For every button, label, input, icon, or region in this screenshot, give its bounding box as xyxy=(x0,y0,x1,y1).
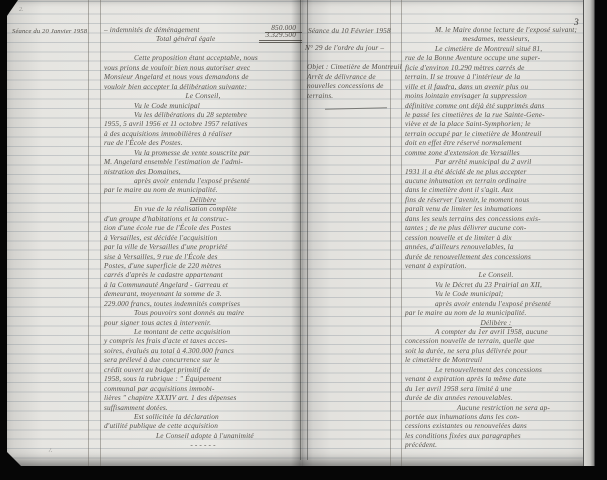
handwritten-line: Délibère xyxy=(104,195,302,204)
handwritten-line: Le Conseil. xyxy=(405,270,587,279)
agenda-number: N° 29 de l'ordre du jour – xyxy=(305,43,384,52)
handwritten-line: A compter du 1er avril 1958, aucune xyxy=(405,327,587,336)
handwritten-line: Le montant de cette acquisition xyxy=(104,327,302,336)
handwritten-line: venant à expiration après la même date xyxy=(405,374,587,383)
handwritten-line: nistration des Domaines, xyxy=(104,167,302,176)
handwritten-line: En vue de la réalisation complète xyxy=(104,204,302,213)
handwritten-line: à des acquisitions immobilières à réalis… xyxy=(104,129,302,138)
page-stack-edge xyxy=(583,0,595,466)
handwritten-line: 1958, sous la rubrique : " Équipement xyxy=(104,374,302,383)
scan-corner-shadow-bottom-left xyxy=(7,452,21,466)
scan-corner-shadow-top-left xyxy=(0,0,18,26)
binding-gutter xyxy=(291,0,313,466)
right-page-body: M. le Maire donne lecture de l'exposé su… xyxy=(405,25,587,450)
handwritten-line: Vu le Décret du 23 Prairial an XII, xyxy=(405,280,587,289)
handwritten-line: mesdames, messieurs, xyxy=(405,34,587,43)
handwritten-line: Tous pouvoirs sont donnés au maire xyxy=(104,308,302,317)
left-page-body: – indemnités de déménagement850.000Total… xyxy=(104,25,302,450)
handwritten-line: Vu le Code municipal xyxy=(104,101,302,110)
handwritten-line: d'un groupe d'habitations et la construc… xyxy=(104,214,302,223)
handwritten-line: moins lointain envisager la suppression xyxy=(405,91,587,100)
right-page-session-date: Séance du 10 Février 1958 xyxy=(308,26,391,35)
gutter-fold-line-2 xyxy=(307,0,308,460)
left-page-margin-rule-1 xyxy=(88,0,89,466)
pencil-mark-top-left: 2. xyxy=(19,7,24,13)
handwritten-line: durée de dix années renouvelables. xyxy=(405,393,587,402)
left-page-margin-rule-2 xyxy=(100,0,101,466)
handwritten-line: cessions existantes ou renouvelées dans xyxy=(405,421,587,430)
gutter-fold-line-1 xyxy=(300,0,301,460)
handwritten-line: ficie d'environ 10.290 mètres carrés de xyxy=(405,63,587,72)
handwritten-line: viève et de la place Saint-Symphorien; l… xyxy=(405,119,587,128)
handwritten-line: - - - - - - xyxy=(104,440,302,449)
handwritten-line: Aucune restriction ne sera ap- xyxy=(405,403,587,412)
handwritten-line: les conditions fixées aux paragraphes xyxy=(405,431,587,440)
handwritten-line: Le Conseil, xyxy=(104,91,302,100)
handwritten-line: venant à expiration. xyxy=(405,261,587,270)
left-page: Séance du 20 Janvier 1958 – indemnités d… xyxy=(7,0,302,466)
handwritten-line: Le Conseil adopte à l'unanimité xyxy=(104,431,302,440)
handwritten-line: comme zone d'extension de Versailles xyxy=(405,148,587,157)
handwritten-line: tantes ; de ne plus délivrer aucune con- xyxy=(405,223,587,232)
pencil-mark-bottom-left: /. xyxy=(49,447,52,454)
handwritten-line: suffisamment dotées. xyxy=(104,403,302,412)
handwritten-line: 1955, 5 avril 1956 et 11 octobre 1957 re… xyxy=(104,119,302,128)
handwritten-line: vouloir bien accepter la délibération su… xyxy=(104,82,302,91)
handwritten-line: après avoir entendu l'exposé présenté xyxy=(104,176,302,185)
handwritten-line: terrain occupé par le cimetière de Montr… xyxy=(405,129,587,138)
handwritten-line: par la ville de Versailles d'une proprié… xyxy=(104,242,302,251)
handwritten-line: terrain. Il se trouve à l'intérieur de l… xyxy=(405,72,587,81)
handwritten-line: dans le cimetière dont il s'agit. Aux xyxy=(405,185,587,194)
handwritten-line: M. le Maire donne lecture de l'exposé su… xyxy=(405,25,587,34)
handwritten-line: soires, évalués au total à 4.300.000 fra… xyxy=(104,346,302,355)
handwritten-line: Vu la promesse de vente souscrite par xyxy=(104,148,302,157)
handwritten-line: vous prions de vouloir bien nous autoris… xyxy=(104,63,302,72)
handwritten-line: ville et il faudra, dans un avenir plus … xyxy=(405,82,587,91)
handwritten-line: concession nouvelle de terrain, quelle q… xyxy=(405,336,587,345)
subject-note-line: Objet : Cimetière de Montreuil xyxy=(307,62,402,72)
register-scan: Séance du 20 Janvier 1958 – indemnités d… xyxy=(0,0,607,480)
handwritten-line: Par arrêté municipal du 2 avril xyxy=(405,157,587,166)
handwritten-line: soit la durée, ne sera plus délivrée pou… xyxy=(405,346,587,355)
handwritten-line: à Versailles, est décidée l'acquisition xyxy=(104,233,302,242)
handwritten-line: durée de renouvellement des concessions xyxy=(405,252,587,261)
handwritten-line: rue de l'École des Postes. xyxy=(104,138,302,147)
handwritten-line: à la Communauté Angelard - Garreau et xyxy=(104,280,302,289)
handwritten-line: Cette proposition étant acceptable, nous xyxy=(104,53,302,62)
handwritten-line: années, d'ailleurs renouvelables, la xyxy=(405,242,587,251)
handwritten-line: Postes, d'une superficie de 220 mètres xyxy=(104,261,302,270)
handwritten-line: lières " chapitre XXXIV art. 1 des dépen… xyxy=(104,393,302,402)
handwritten-line: par le maire au nom de la municipalité. xyxy=(405,308,587,317)
handwritten-line: Le renouvellement des concessions xyxy=(405,365,587,374)
handwritten-line: crédit ouvert au budget primitif de xyxy=(104,365,302,374)
handwritten-line: tion d'une école rue de l'École des Post… xyxy=(104,223,302,232)
left-page-session-date: Séance du 20 Janvier 1958 xyxy=(12,28,100,35)
margin-separator-line xyxy=(325,107,387,110)
handwritten-line: pour signer tous actes à intervenir. xyxy=(104,318,302,327)
handwritten-line: M. Angelard ensemble l'estimation de l'a… xyxy=(104,157,302,166)
handwritten-line: Vu les délibérations du 28 septembre xyxy=(104,110,302,119)
handwritten-line: par le maire au nom de municipalité. xyxy=(104,185,302,194)
handwritten-line: précédent. xyxy=(405,440,587,449)
handwritten-line: Vu le Code municipal; xyxy=(405,289,587,298)
handwritten-line: d'utilité publique de cette acquisition xyxy=(104,421,302,430)
handwritten-line: carrés d'après le cadastre appartenant xyxy=(104,270,302,279)
handwritten-line: rue de la Bonne Aventure occupe une supe… xyxy=(405,53,587,62)
handwritten-line: 229.000 francs, toutes indemnités compri… xyxy=(104,299,302,308)
right-page: Séance du 10 Février 1958 N° 29 de l'ord… xyxy=(302,0,592,466)
handwritten-line: Est sollicitée la déclaration xyxy=(104,412,302,421)
handwritten-line: doit en effet être réservé normalement xyxy=(405,138,587,147)
handwritten-line: sise à Versailles, 9 rue de l'École des xyxy=(104,252,302,261)
handwritten-line: paraît venu de limiter les inhumations xyxy=(405,204,587,213)
handwritten-line: y compris les frais d'acte et taxes acce… xyxy=(104,336,302,345)
handwritten-line: Le cimetière de Montreuil situé 81, xyxy=(405,44,587,53)
subject-note-line: nouvelles concessions de xyxy=(307,81,402,91)
subject-note-line: Arrêt de délivrance de xyxy=(307,72,402,82)
subject-note: Objet : Cimetière de MontreuilArrêt de d… xyxy=(307,62,402,100)
handwritten-line: demeurant, moyennant la somme de 3. xyxy=(104,289,302,298)
handwritten-line: portée aux inhumations dans les con- xyxy=(405,412,587,421)
handwritten-line: fins de réserver l'avenir, le moment nou… xyxy=(405,195,587,204)
handwritten-line: le cimetière de Montreuil xyxy=(405,355,587,364)
handwritten-line: Délibère : xyxy=(405,318,587,327)
handwritten-line: communal par acquisitions immobi- xyxy=(104,384,302,393)
handwritten-line: sera prélevé à due concurrence sur le xyxy=(104,355,302,364)
handwritten-line: définitive comme ont déjà été supprimés … xyxy=(405,101,587,110)
handwritten-line: le passé les cimetières de la rue Sainte… xyxy=(405,110,587,119)
handwritten-line: aucune inhumation en terrain ordinaire xyxy=(405,176,587,185)
handwritten-line: du 1er avril 1958 sera limité à une xyxy=(405,384,587,393)
handwritten-line: après avoir entendu l'exposé présenté xyxy=(405,299,587,308)
handwritten-line: 1931 il a été décidé de ne plus accepter xyxy=(405,167,587,176)
handwritten-line xyxy=(104,44,302,53)
subject-note-line: terrains. xyxy=(307,91,402,101)
handwritten-line: cession nouvelle et de limiter à dix xyxy=(405,233,587,242)
handwritten-line: Total général égale3.329.500 xyxy=(104,34,302,43)
page-number: 3 xyxy=(574,18,579,28)
handwritten-line: Monsieur Angelard et nous vous demandons… xyxy=(104,72,302,81)
handwritten-line: dans les seuls terrains des concessions … xyxy=(405,214,587,223)
